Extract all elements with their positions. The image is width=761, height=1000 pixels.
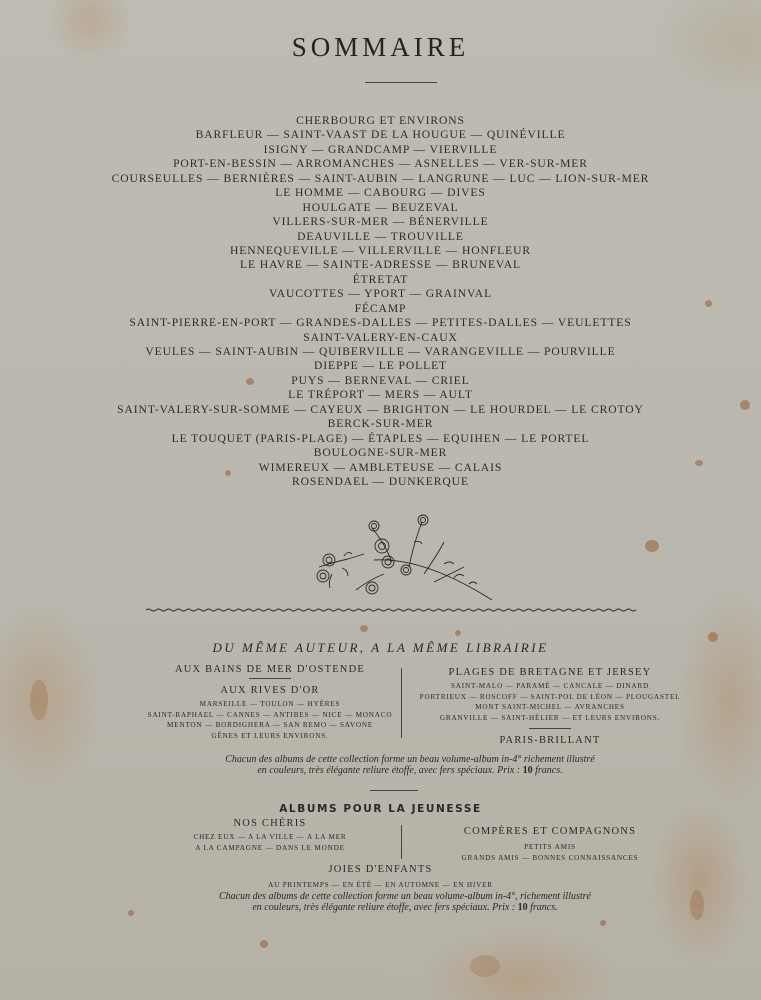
title-rule — [365, 82, 437, 83]
book-places: GRANVILLE — SAINT-HÉLIER — ET LEURS ENVI… — [400, 713, 700, 724]
document-page: SOMMAIRE CHERBOURG ET ENVIRONS BARFLEUR … — [0, 0, 761, 1000]
foxing-spot — [128, 910, 134, 916]
toc-entry: PUYS — BERNEVAL — CRIEL — [0, 374, 761, 388]
youth-left-column: NOS CHÉRIS CHEZ EUX — A LA VILLE — A LA … — [140, 818, 400, 853]
floral-sprig-icon — [314, 512, 499, 602]
toc-entry: ISIGNY — GRANDCAMP — VIERVILLE — [0, 143, 761, 157]
price: 10 — [518, 902, 528, 913]
toc-entry: FÉCAMP — [0, 302, 761, 316]
same-author-heading: DU MÊME AUTEUR, A LA MÊME LIBRAIRIE — [0, 640, 761, 656]
collection-note: Chacun des albums de cette collection fo… — [200, 754, 620, 776]
toc-entry: LE TRÉPORT — MERS — AULT — [0, 388, 761, 402]
book-places: PETITS AMIS — [400, 842, 700, 853]
toc-entry: VAUCOTTES — YPORT — GRAINVAL — [0, 287, 761, 301]
book-title: PLAGES DE BRETAGNE ET JERSEY — [400, 667, 700, 678]
note-line: en couleurs, très élégante reliure étoff… — [200, 765, 620, 776]
book-title: JOIES D'ENFANTS — [0, 864, 761, 875]
foxing-spot — [645, 540, 659, 552]
book-title: AUX BAINS DE MER D'OSTENDE — [140, 664, 400, 675]
same-author-left-column: AUX BAINS DE MER D'OSTENDE AUX RIVES D'O… — [140, 664, 400, 741]
toc-entry: HOULGATE — BEUZEVAL — [0, 201, 761, 215]
toc-entry: LE HOMME — CABOURG — DIVES — [0, 186, 761, 200]
page-title: SOMMAIRE — [0, 32, 761, 63]
book-title: AUX RIVES D'OR — [140, 685, 400, 696]
youth-heading: ALBUMS POUR LA JEUNESSE — [0, 803, 761, 815]
book-title: NOS CHÉRIS — [140, 818, 400, 829]
toc-entry: LE HAVRE — SAINTE-ADRESSE — BRUNEVAL — [0, 258, 761, 272]
toc-entry: SAINT-PIERRE-EN-PORT — GRANDES-DALLES — … — [0, 316, 761, 330]
toc-entry: CHERBOURG ET ENVIRONS — [0, 114, 761, 128]
toc-entry: PORT-EN-BESSIN — ARROMANCHES — ASNELLES … — [0, 157, 761, 171]
wavy-divider — [146, 606, 636, 620]
note-text: en couleurs, très élégante reliure étoff… — [252, 902, 515, 913]
toc-entry: BOULOGNE-SUR-MER — [0, 446, 761, 460]
toc-entry: BARFLEUR — SAINT-VAAST DE LA HOUGUE — QU… — [0, 128, 761, 142]
note-text: francs. — [535, 765, 563, 776]
foxing-spot — [600, 920, 606, 926]
toc-entry: COURSEULLES — BERNIÈRES — SAINT-AUBIN — … — [0, 172, 761, 186]
note-line: Chacun des albums de cette collection fo… — [200, 754, 620, 765]
toc-entry: DIEPPE — LE POLLET — [0, 359, 761, 373]
toc-entry: BERCK-SUR-MER — [0, 417, 761, 431]
table-of-contents: CHERBOURG ET ENVIRONS BARFLEUR — SAINT-V… — [0, 114, 761, 489]
book-places: GRANDS AMIS — BONNES CONNAISSANCES — [400, 853, 700, 864]
toc-entry: HENNEQUEVILLE — VILLERVILLE — HONFLEUR — [0, 244, 761, 258]
book-places: AU PRINTEMPS — EN ÉTÉ — EN AUTOMNE — EN … — [0, 880, 761, 891]
book-places: A LA CAMPAGNE — DANS LE MONDE — [140, 843, 400, 854]
toc-entry: VILLERS-SUR-MER — BÉNERVILLE — [0, 215, 761, 229]
short-rule — [370, 790, 418, 791]
toc-entry: LE TOUQUET (PARIS-PLAGE) — ÉTAPLES — EQU… — [0, 432, 761, 446]
toc-entry: DEAUVILLE — TROUVILLE — [0, 230, 761, 244]
collection-note: Chacun des albums de cette collection fo… — [195, 891, 615, 913]
book-places: MENTON — BORDIGHERA — SAN REMO — SAVONE — [140, 720, 400, 731]
foxing-spot — [360, 625, 368, 632]
book-places: GÊNES ET LEURS ENVIRONS. — [140, 731, 400, 742]
foxing-spot — [260, 940, 268, 948]
toc-entry: SAINT-VALERY-EN-CAUX — [0, 331, 761, 345]
foxing-spot — [690, 890, 704, 920]
short-rule — [529, 728, 571, 729]
same-author-right-column: PLAGES DE BRETAGNE ET JERSEY SAINT-MALO … — [400, 667, 700, 746]
book-places: SAINT-MALO — PARAMÉ — CANCALE — DINARD — [400, 681, 700, 692]
toc-entry: ÉTRETAT — [0, 273, 761, 287]
foxing-spot — [470, 955, 500, 977]
book-title: PARIS-BRILLANT — [400, 735, 700, 746]
book-places: PORTRIEUX — ROSCOFF — SAINT-POL DE LÉON … — [400, 692, 700, 703]
book-title: COMPÈRES ET COMPAGNONS — [400, 826, 700, 837]
book-places: SAINT-RAPHAEL — CANNES — ANTIBES — NICE … — [140, 710, 400, 721]
short-rule — [249, 678, 291, 679]
note-text: francs. — [530, 902, 558, 913]
note-line: en couleurs, très élégante reliure étoff… — [195, 902, 615, 913]
book-places: MARSEILLE — TOULON — HYÈRES — [140, 699, 400, 710]
youth-right-column: COMPÈRES ET COMPAGNONS PETITS AMIS GRAND… — [400, 826, 700, 863]
foxing-spot — [30, 680, 48, 720]
toc-entry: ROSENDAEL — DUNKERQUE — [0, 475, 761, 489]
book-places: MONT SAINT-MICHEL — AVRANCHES — [400, 702, 700, 713]
note-line: Chacun des albums de cette collection fo… — [195, 891, 615, 902]
price: 10 — [523, 765, 533, 776]
foxing-spot — [455, 630, 461, 636]
toc-entry: SAINT-VALERY-SUR-SOMME — CAYEUX — BRIGHT… — [0, 403, 761, 417]
note-text: en couleurs, très élégante reliure étoff… — [257, 765, 520, 776]
toc-entry: WIMEREUX — AMBLETEUSE — CALAIS — [0, 461, 761, 475]
toc-entry: VEULES — SAINT-AUBIN — QUIBERVILLE — VAR… — [0, 345, 761, 359]
book-places: CHEZ EUX — A LA VILLE — A LA MER — [140, 832, 400, 843]
